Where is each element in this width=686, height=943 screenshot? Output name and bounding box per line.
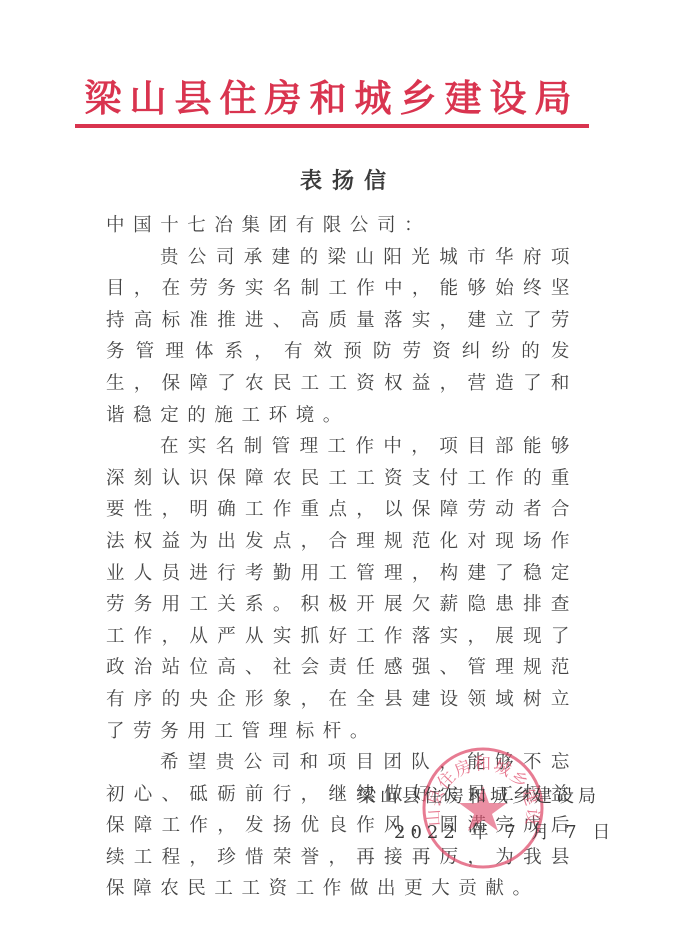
document-title: 表扬信 bbox=[0, 164, 686, 195]
signature-date: 2022 年 7 月 7 日 bbox=[394, 818, 615, 844]
paragraph-2: 在实名制管理工作中，项目部能够深刻认识保障农民工工资支付工作的重要性，明确工作重… bbox=[106, 431, 578, 747]
letterhead-title: 梁山县住房和城乡建设局 bbox=[75, 76, 589, 122]
salutation: 中国十七冶集团有限公司： bbox=[106, 210, 578, 242]
signature-issuer: 梁山县住房和城乡建设局 bbox=[358, 782, 600, 808]
paragraph-1: 贵公司承建的梁山阳光城市华府项目，在劳务实名制工作中，能够始终坚持高标准推进、高… bbox=[106, 242, 578, 432]
official-seal-star-icon: 梁山县住房和城乡建设局 bbox=[421, 746, 545, 870]
letterhead-red-rule bbox=[75, 124, 589, 128]
letter-page: 梁山县住房和城乡建设局 表扬信 中国十七冶集团有限公司： 贵公司承建的梁山阳光城… bbox=[0, 0, 686, 943]
